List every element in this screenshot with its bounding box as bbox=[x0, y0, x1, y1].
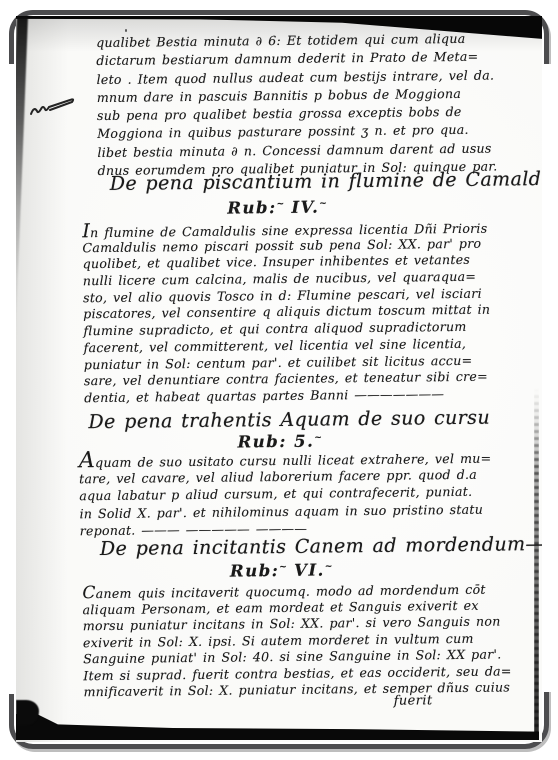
section-title-rub5: De pena trahentis Aquam de suo cursu bbox=[88, 407, 490, 434]
manuscript-page-scan: qualibet Bestia minuta ∂ 6: Et totidem q… bbox=[16, 16, 542, 742]
rubric-heading-4: Rub:~ IV.~ bbox=[16, 195, 540, 220]
section-title-rub4: De pena piscantium in flumine de Camald:… bbox=[110, 168, 542, 195]
manuscript-text: qualibet Bestia minuta ∂ 6: Et totidem q… bbox=[16, 16, 542, 742]
manuscript-viewer: { "colors":{"frame":"#4c4c4e","ink":"#1a… bbox=[0, 0, 558, 760]
opening-paragraph: qualibet Bestia minuta ∂ 6: Et totidem q… bbox=[96, 30, 498, 181]
rubric-heading-6: Rub:~ VI.~ bbox=[18, 558, 542, 583]
section-body-rub6: Canem quis incitaverit quocumq. modo ad … bbox=[82, 580, 512, 700]
section-title-rub6: De pena incitantis Canem ad mordendum— bbox=[100, 533, 542, 560]
section-body-rub4: In flumine de Camaldulis sine expressa l… bbox=[82, 219, 491, 407]
catchword: fuerit bbox=[394, 693, 433, 708]
section-body-rub5: Aquam de suo usitato cursu nulli liceat … bbox=[79, 448, 492, 540]
